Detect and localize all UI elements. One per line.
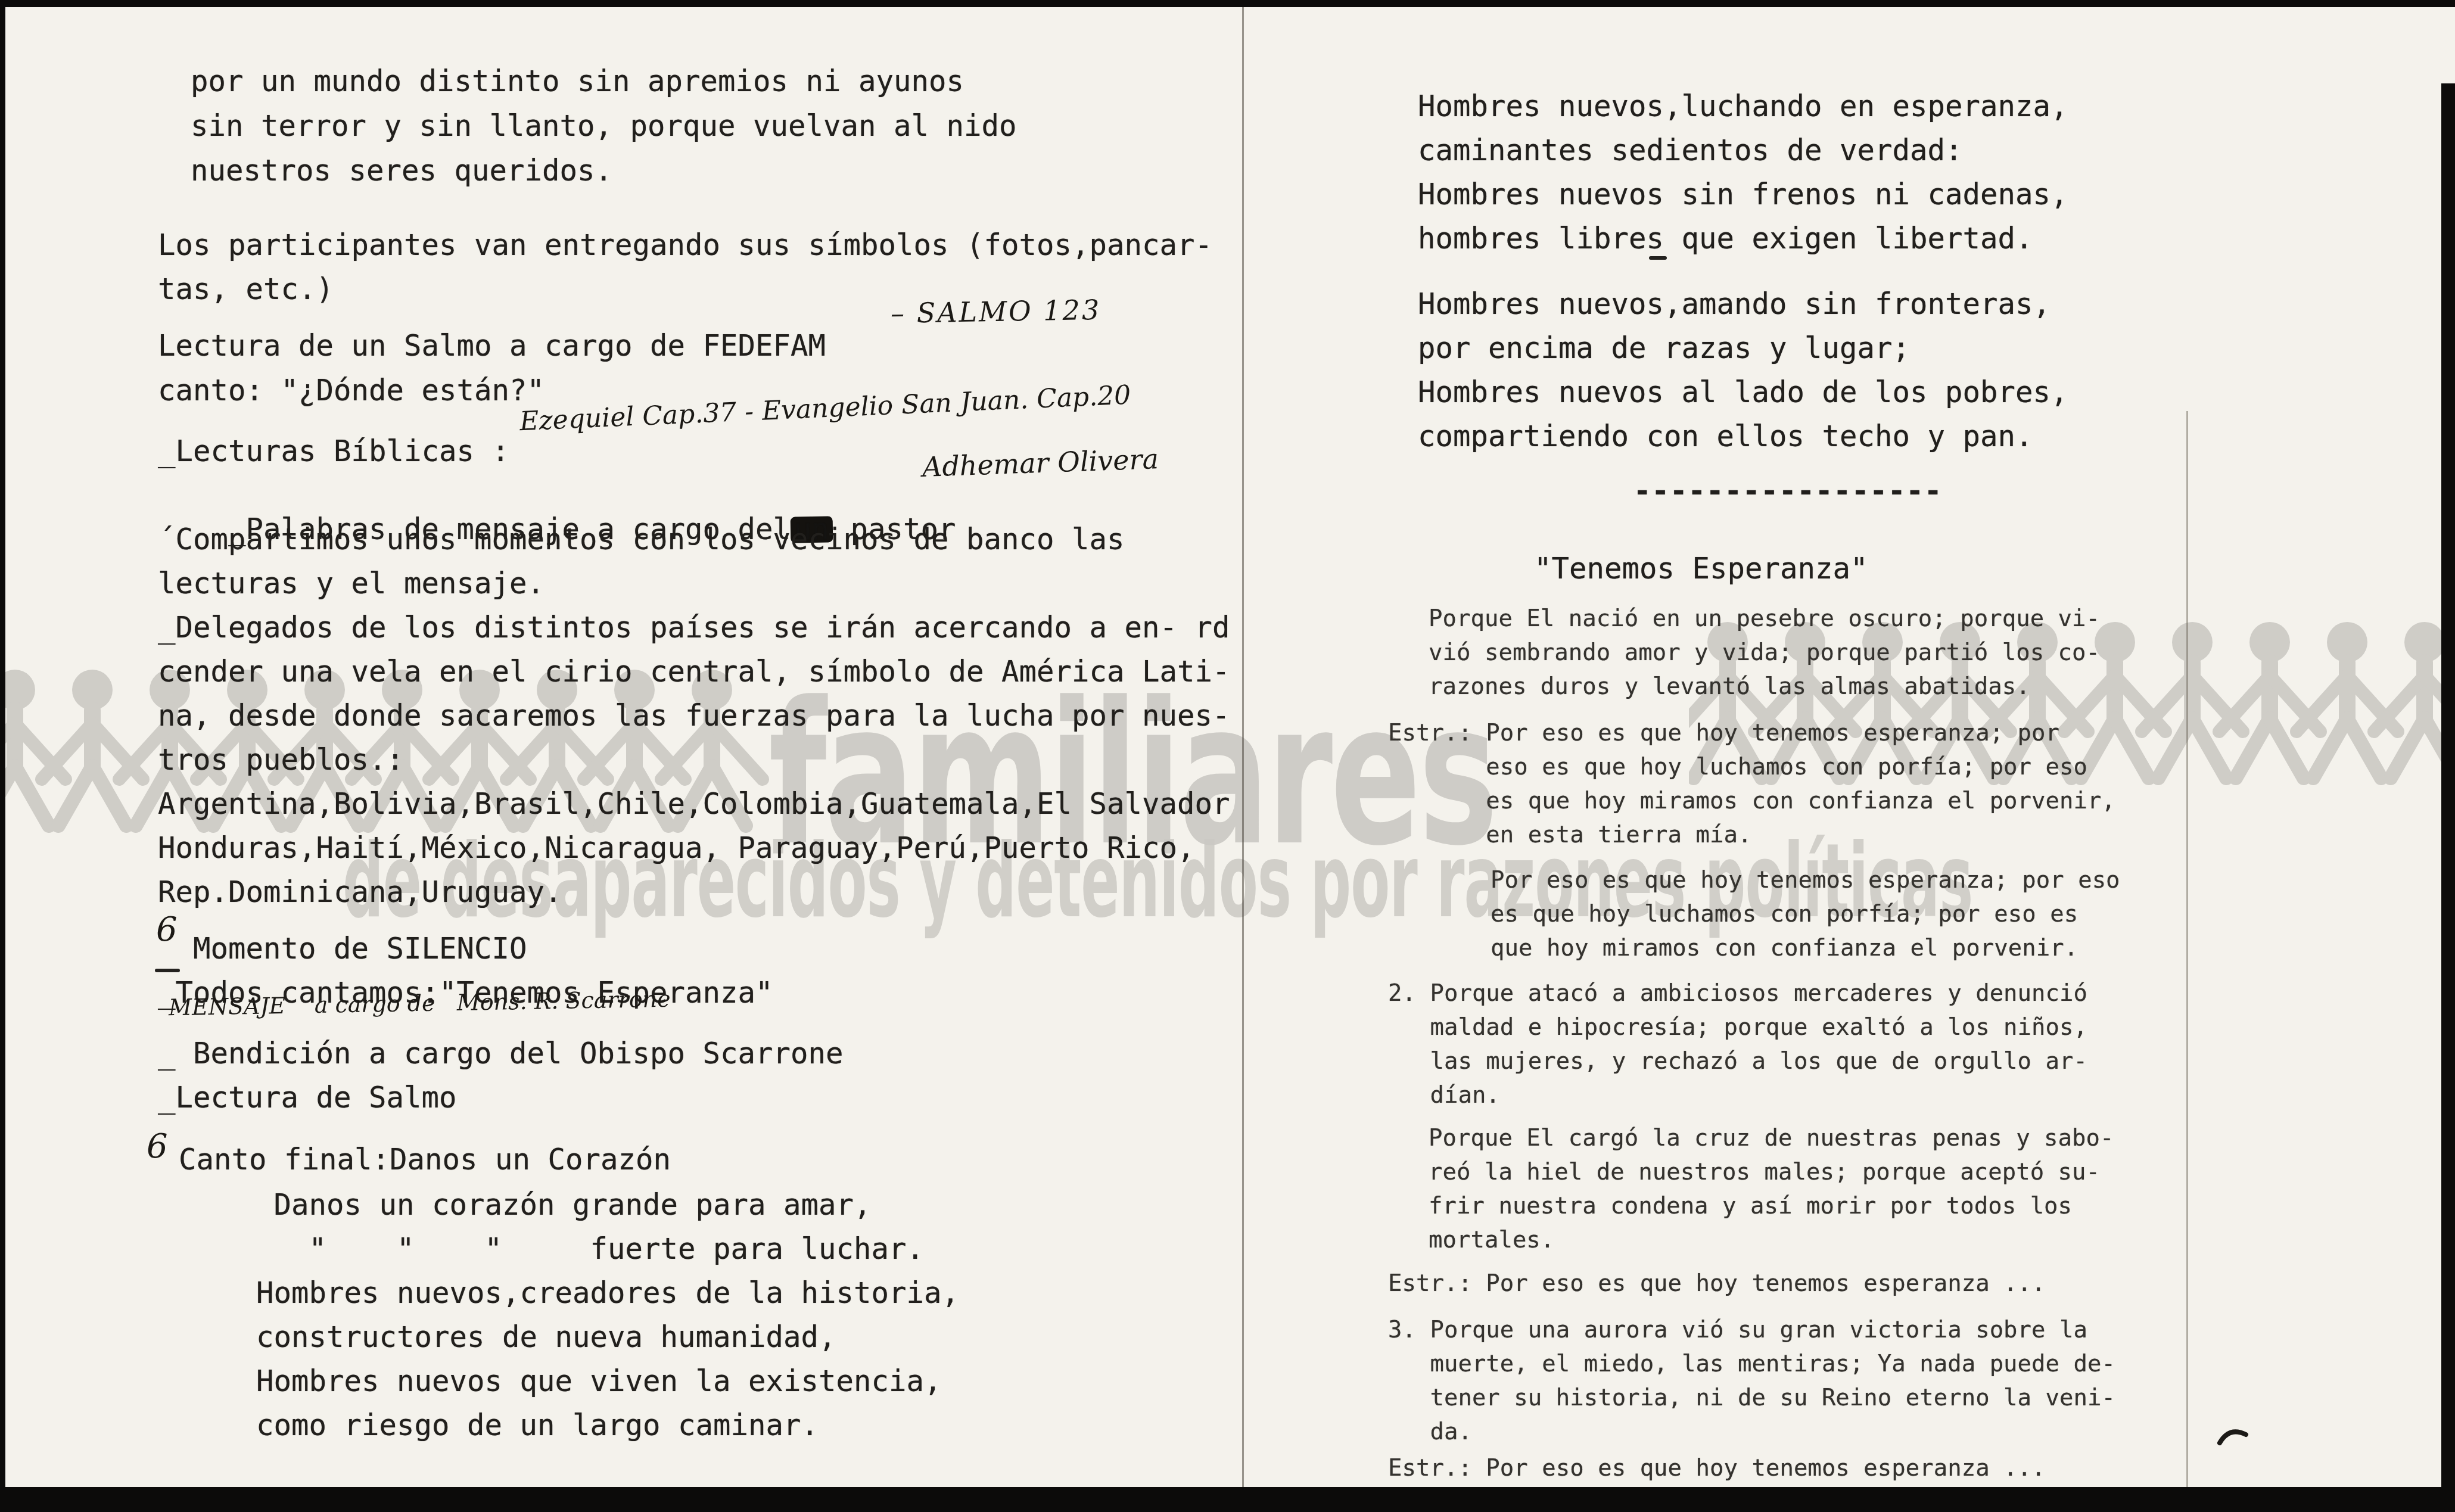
typewritten-line: por encima de razas y lugar; [1418,331,2068,375]
handwritten-pastor-name: Adhemar Olivera [922,443,1159,483]
typewritten-line: las mujeres, y rechazó a los que de orgu… [1388,1048,2087,1082]
right-page-edge-line [2186,411,2188,1487]
hymn-verse-2: 2. Porque atacó a ambiciosos mercaderes … [1388,980,2087,1116]
typewritten-line: Lectura de un Salmo a cargo de FEDEFAM [158,329,826,374]
typewritten-line: tener su historia, ni de su Reino eterno… [1388,1385,2115,1418]
handwritten-number-6-canto: 6 [147,1127,168,1166]
typewritten-line: Por eso es que hoy tenemos esperanza; po… [1491,867,2120,901]
scanned-document: familiares de desaparecidos y detenidos … [0,0,2455,1512]
typewritten-line: Honduras,Haití,México,Nicaragua, Paragua… [158,831,1230,875]
left-hymn-poem: Danos un corazón grande para amar, " " "… [256,1188,959,1452]
typewritten-line: como riesgo de un largo caminar. [256,1408,959,1452]
typewritten-line: 2. Porque atacó a ambiciosos mercaderes … [1388,980,2087,1014]
typewritten-line: es que hoy luchamos con porfía; por eso … [1491,901,2120,935]
typewritten-line: Hombres nuevos,amando sin fronteras, [1418,287,2068,331]
left-bendicion: _ Bendición a cargo del Obispo Scarrone [158,1037,844,1071]
typewritten-line: maldad e hipocresía; porque exaltó a los… [1388,1014,2087,1048]
typewritten-line: Argentina,Bolivia,Brasil,Chile,Colombia,… [158,787,1230,831]
typewritten-line: Hombres nuevos que viven la existencia, [256,1364,959,1408]
typewritten-line: nuestros seres queridos. [191,154,1017,198]
typewritten-line: sin terror y sin llanto, porque vuelvan … [191,109,1017,154]
typewritten-line: por un mundo distinto sin apremios ni ay… [191,64,1017,109]
scan-edge-left [0,0,5,1512]
typewritten-line: eso es que hoy luchamos con porfía; por … [1388,754,2115,788]
hymn-chorus-repeat: Por eso es que hoy tenemos esperanza; po… [1491,867,2120,969]
typewritten-line: Hombres nuevos sin frenos ni cadenas, [1418,178,2068,222]
typewritten-line: frir nuestra condena y así morir por tod… [1429,1193,2114,1227]
typewritten-line: _Delegados de los distintos países se ir… [158,611,1230,655]
hymn-title: "Tenemos Esperanza" [1534,552,1868,586]
typewritten-line: en esta tierra mía. [1388,822,2115,855]
typewritten-line: Estr.: Por eso es que hoy tenemos espera… [1388,720,2115,754]
typewritten-line: Hombres nuevos,creadores de la historia, [256,1276,959,1320]
scan-edge-top [0,0,2455,7]
typewritten-line: ´Compartimos unos momentos con los vecin… [158,522,1230,567]
pen-mark [2217,1425,2251,1449]
typewritten-line: Danos un corazón grande para amar, [256,1188,959,1232]
typewritten-line: Porque El cargó la cruz de nuestras pena… [1429,1125,2114,1159]
hymn-estribillo-reference: Estr.: Por eso es que hoy tenemos espera… [1388,1270,2046,1297]
left-momento-silencio: Momento de SILENCIO [158,932,527,966]
typewritten-line: Rep.Dominicana,Uruguay. [158,875,1230,919]
right-stanza-2: Hombres nuevos,amando sin fronteras,por … [1418,287,2068,463]
typewritten-line: na, desde donde sacaremos las fuerzas pa… [158,699,1230,743]
typewritten-line: razones duros y levantó las almas abatid… [1429,673,2100,707]
typewritten-line: Hombres nuevos,luchando en esperanza, [1418,89,2068,133]
left-item-lecturas-biblicas: _Lecturas Bíblicas : [158,434,509,468]
typewritten-line: 3. Porque una aurora vió su gran victori… [1388,1317,2115,1351]
hymn-verse-3: 3. Porque una aurora vió su gran victori… [1388,1317,2115,1452]
typewritten-line: cender una vela en el cirio central, sím… [158,655,1230,699]
dashed-separator: ----------------- [1633,474,1943,508]
typewritten-line: Porque El nació en un pesebre oscuro; po… [1429,605,2100,639]
typewritten-line: caminantes sedientos de verdad: [1418,133,2068,178]
typewritten-line: Hombres nuevos al lado de los pobres, [1418,375,2068,419]
left-items-list: ´Compartimos unos momentos con los vecin… [158,522,1230,919]
typewritten-line: " " " fuerte para luchar. [256,1232,959,1276]
page-fold-line [1242,0,1244,1512]
proof-mark-under-libres [1649,256,1667,260]
typewritten-line: da. [1388,1418,2115,1452]
hymn-verse-2b: Porque El cargó la cruz de nuestras pena… [1429,1125,2114,1261]
typewritten-line: que hoy miramos con confianza el porveni… [1491,935,2120,969]
proof-mark-under-6 [155,969,180,972]
typewritten-line: Los participantes van entregando sus sím… [158,228,1212,272]
left-intro-verse: por un mundo distinto sin apremios ni ay… [191,64,1017,198]
typewritten-line: hombres libres que exigen libertad. [1418,222,2068,266]
right-stanza-1: Hombres nuevos,luchando en esperanza,cam… [1418,89,2068,266]
handwritten-salmo-123: – SALMO 123 [891,294,1102,329]
left-canto-final: Canto final:Danos un Corazón [179,1143,671,1177]
hymn-verse-1: Porque El nació en un pesebre oscuro; po… [1429,605,2100,707]
left-lectura-de-salmo: _Lectura de Salmo [158,1081,457,1115]
typewritten-line: dían. [1388,1082,2087,1116]
typewritten-line: tros pueblos.: [158,743,1230,787]
typewritten-line: mortales. [1429,1227,2114,1261]
typewritten-line: compartiendo con ellos techo y pan. [1418,419,2068,463]
typewritten-line: reó la hiel de nuestros males; porque ac… [1429,1159,2114,1193]
hymn-estribillo-final: Estr.: Por eso es que hoy tenemos espera… [1388,1455,2046,1482]
handwritten-number-6-silencio: 6 [156,910,178,949]
typewritten-line: es que hoy miramos con confianza el porv… [1388,788,2115,822]
scan-edge-right [2441,83,2455,1512]
typewritten-line: vió sembrando amor y vida; porque partió… [1429,639,2100,673]
typewritten-line: lecturas y el mensaje. [158,567,1230,611]
typewritten-line: muerte, el miedo, las mentiras; Ya nada … [1388,1351,2115,1385]
typewritten-line: constructores de nueva humanidad, [256,1320,959,1364]
scan-edge-bottom [0,1487,2455,1512]
hymn-estribillo: Estr.: Por eso es que hoy tenemos espera… [1388,720,2115,855]
